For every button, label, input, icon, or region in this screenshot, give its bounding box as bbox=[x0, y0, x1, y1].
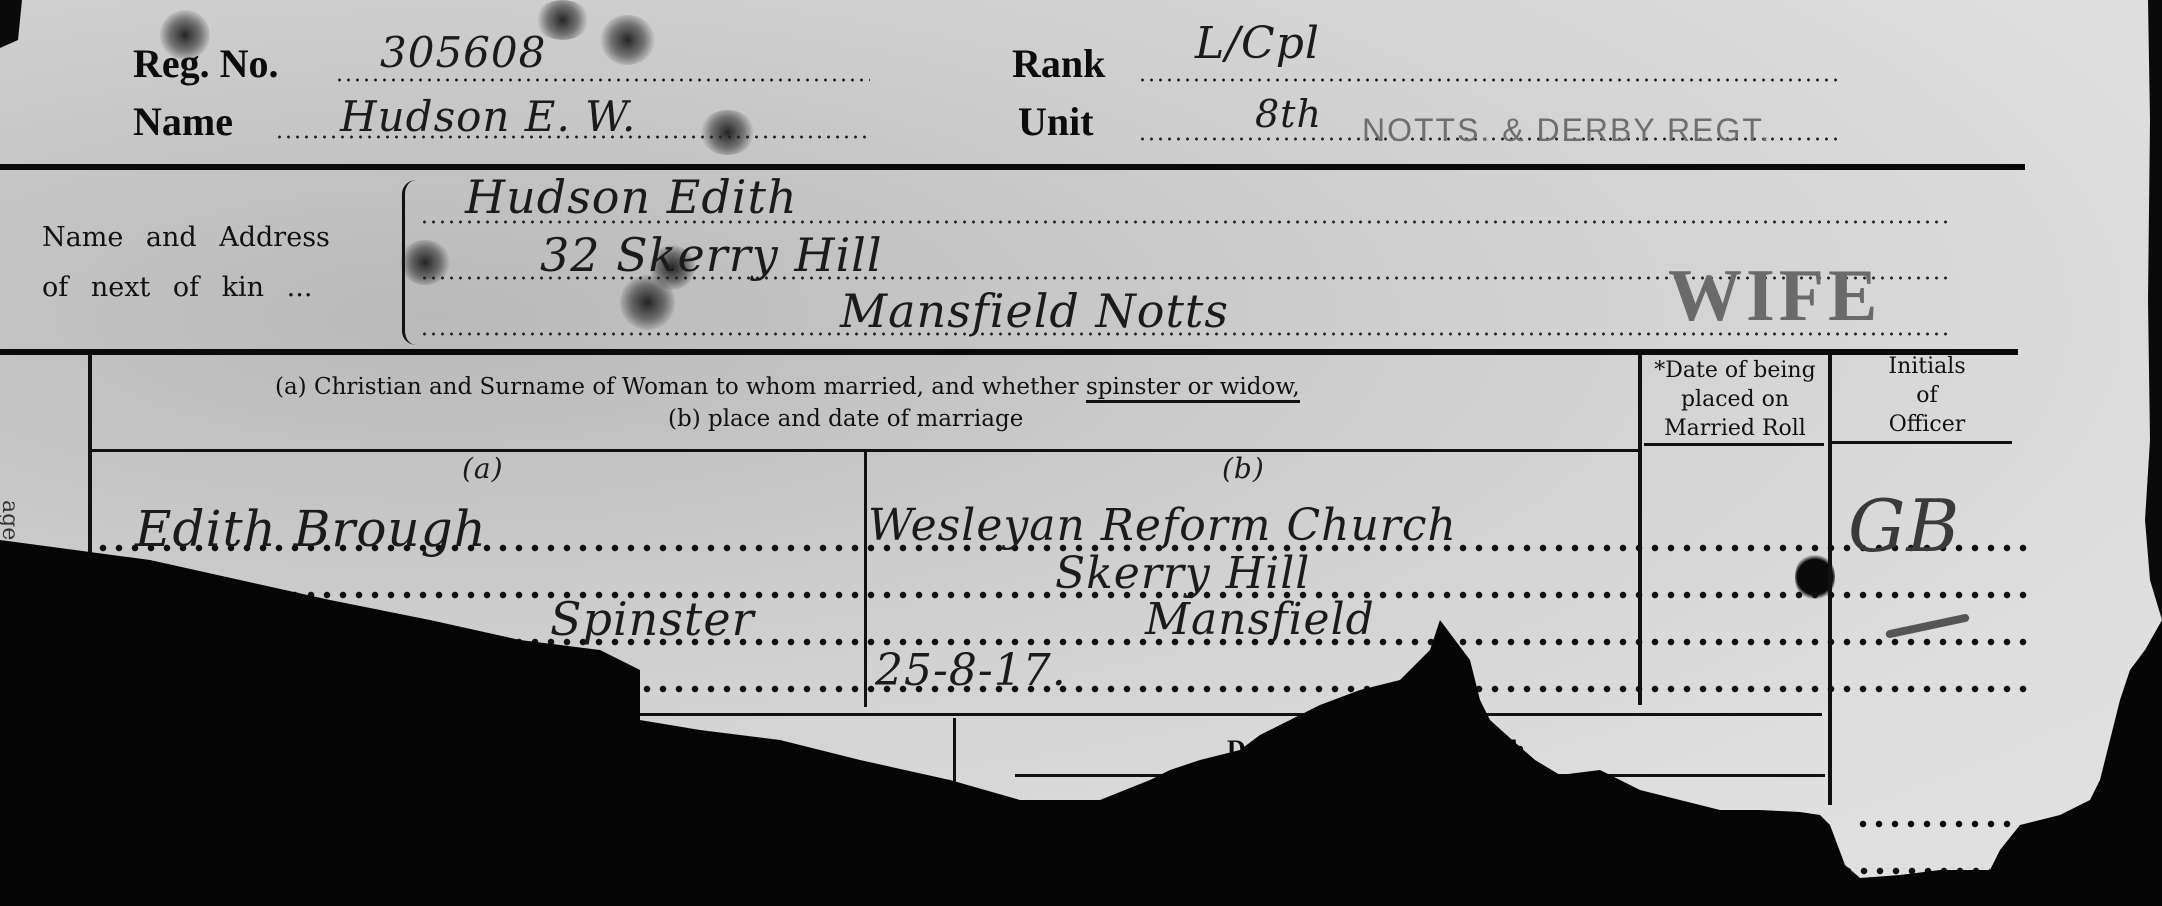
torn-edge-overlay bbox=[0, 0, 2162, 906]
married-roll-card: Reg. No. 305608 Name Hudson E. W. Rank L… bbox=[0, 0, 2162, 906]
